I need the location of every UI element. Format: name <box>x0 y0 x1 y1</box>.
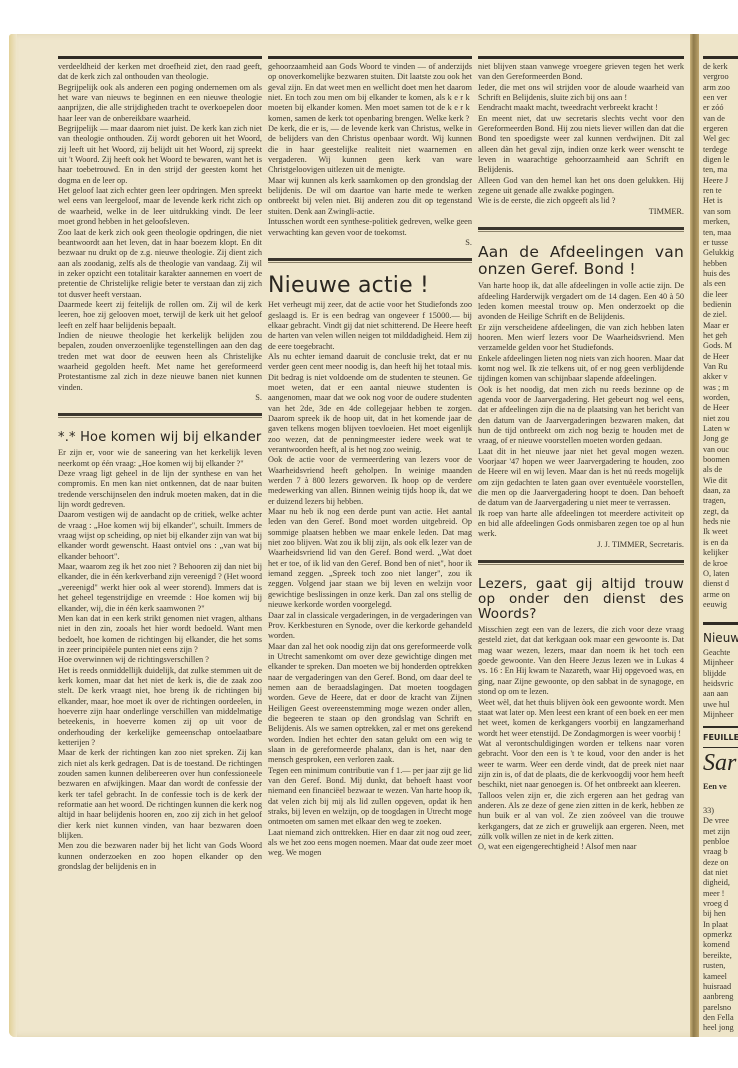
paragraph: Daarmede keert zij feitelijk de rollen o… <box>58 300 262 331</box>
paragraph: Indien de nieuwe theologie het kerkelijk… <box>58 331 262 393</box>
paragraph: Eendracht maakt macht, tweedracht verbre… <box>478 103 684 113</box>
fragment-line: de Heer <box>703 352 734 362</box>
fragment-line: ergeren <box>703 124 734 134</box>
fragment-line: penbloe <box>703 837 734 847</box>
paragraph: Wie is de eerste, die zich opgeeft als l… <box>478 196 684 206</box>
fragment-line: heidsvric <box>703 679 733 689</box>
paragraph: Begrijpelijk — maar daarom niet juist. D… <box>58 124 262 186</box>
fragment-line: Gods. M <box>703 341 734 351</box>
paragraph: Het geloof laat zich echter geen leer op… <box>58 186 262 227</box>
top-rule <box>58 56 262 59</box>
paragraph: Er zijn er, voor wie de saneering van he… <box>58 448 262 469</box>
fragment-line: met zijn <box>703 827 734 837</box>
paragraph: En meent niet, dat uw secretaris slechts… <box>478 114 684 176</box>
paragraph: De kerk, die er is, — de levende kerk va… <box>268 124 472 176</box>
fragment-line: rusten, <box>703 961 734 971</box>
fragment-line: dat niet <box>703 868 734 878</box>
article-body: Er zijn er, voor wie de saneering van he… <box>58 448 262 872</box>
fragment-line: tragen, <box>703 496 734 506</box>
fragment-line: ren te <box>703 186 734 196</box>
fragment-line: er tusse <box>703 238 734 248</box>
rule-thin <box>703 747 738 748</box>
fragment-line: van som <box>703 207 734 217</box>
emphasis-word: kerk <box>448 103 472 112</box>
signature: TIMMER. <box>478 207 684 217</box>
fragment-line: In plaat <box>703 920 734 930</box>
top-rule <box>268 56 472 59</box>
fragment-line: als een <box>703 279 734 289</box>
fragment-line: een ver <box>703 93 734 103</box>
fragment-line: zegt, da <box>703 507 734 517</box>
column-1-continued-text: verdeeldheid der kerken met droefheid zi… <box>58 62 262 403</box>
section-divider <box>478 227 684 232</box>
column-1: verdeeldheid der kerken met droefheid zi… <box>58 62 262 872</box>
fragment-line: ten, ma <box>703 165 734 175</box>
paragraph: Maar de kerk der richtingen kan zoo niet… <box>58 748 262 841</box>
fragment-line: komend <box>703 940 734 950</box>
column-3-continued-text: niet blijven staan vanwege vroegere grie… <box>478 62 684 217</box>
paragraph: Maar wij kunnen als kerk saamkomen op de… <box>268 176 472 217</box>
paragraph-text: komen, samen de kerk tot openbaring bren… <box>268 114 469 123</box>
fragment-line: De vree <box>703 816 734 826</box>
fragment-line: blijdde <box>703 669 733 679</box>
fragment-line: opmerkz <box>703 930 734 940</box>
fragment-line: Het is <box>703 196 734 206</box>
paragraph: Ook de actie voor de vermeerdering van l… <box>268 455 472 507</box>
section-divider <box>58 413 262 418</box>
paragraph: Tegen een minimum contributie van f 1.— … <box>268 766 472 828</box>
fragment-line: eeuwig <box>703 600 734 610</box>
fragment-line: kelijker <box>703 548 734 558</box>
fragment-line: arme on <box>703 590 734 600</box>
fragment-line: van de <box>703 114 734 124</box>
paragraph: Begrijpelijk ook als anderen een poging … <box>58 83 262 124</box>
fragment-line: aan aan <box>703 689 733 699</box>
feuilleton-label: FEUILLE <box>703 733 738 742</box>
fragment-line: de ziel. <box>703 310 734 320</box>
fragment-line: vraag b <box>703 847 734 857</box>
fragment-line: Wie dit <box>703 476 734 486</box>
fragment-line: digen le <box>703 155 734 165</box>
fragment-line: huisraad <box>703 982 734 992</box>
fragment-line: meer ! <box>703 889 734 899</box>
page-edge <box>9 34 17 1037</box>
fragment-line: terdege <box>703 145 734 155</box>
paragraph: Het verheugt mij zeer, dat de actie voor… <box>268 300 472 352</box>
section-divider <box>703 622 738 625</box>
fragment-line: dienst d <box>703 579 734 589</box>
paragraph: verdeeldheid der kerken met droefheid zi… <box>58 62 262 83</box>
article-title: Nieuwe actie ! <box>268 275 472 297</box>
paragraph: Er zijn verscheidene afdeelingen, die va… <box>478 323 684 354</box>
fragment-line: heds nie <box>703 517 734 527</box>
paragraph: Daarom vestigen wij de aandacht op de cr… <box>58 510 262 562</box>
column-2: gehoorzaamheid aan Gods Woord te vinden … <box>268 62 472 859</box>
fragment-line: kameel <box>703 972 734 982</box>
next-page-text-mid: GeachteMijnheerblijddeheidsvricaan aanuw… <box>703 648 733 720</box>
fragment-line: deze on <box>703 858 734 868</box>
fragment-line: boomen <box>703 455 734 465</box>
column-3: niet blijven staan vanwege vroegere grie… <box>478 62 684 853</box>
emphasis-word: kerk <box>448 93 472 102</box>
section-divider <box>703 726 738 728</box>
fragment-line: huis des <box>703 269 734 279</box>
paragraph: Men kan dat in een kerk strikt genomen n… <box>58 614 262 655</box>
paragraph: Weet wèl, dat het thuis blijven òok een … <box>478 698 684 739</box>
paragraph: niet blijven staan vanwege vroegere grie… <box>478 62 684 83</box>
book-gutter <box>690 34 699 1037</box>
fragment-line: bij hen <box>703 909 734 919</box>
paragraph: Alleen God van den hemel kan het ons doe… <box>478 176 684 197</box>
fragment-line: er zóó <box>703 103 734 113</box>
section-divider <box>268 258 472 263</box>
article-title: Aan de Afdeelingen van onzen Geref. Bond… <box>478 244 684 278</box>
fragment-line: Laten w <box>703 424 734 434</box>
paragraph: Laat dit in het nieuwe jaar niet het gev… <box>478 447 684 509</box>
fragment-line: de Heer <box>703 403 734 413</box>
fragment-line: de kroe <box>703 559 734 569</box>
paragraph: Zoo laat de kerk zich ook geen theologie… <box>58 228 262 300</box>
fragment-line: was ; m <box>703 383 734 393</box>
fragment-line: digheid, <box>703 878 734 888</box>
next-page-text-top: de kerkvergrooarm zooeen verer zóóvan de… <box>703 62 734 610</box>
paragraph: Maar, waarom zeg ik het zoo niet ? Behoo… <box>58 562 262 614</box>
fragment-line: aanbreng <box>703 992 734 1002</box>
fragment-line: daan, za <box>703 486 734 496</box>
paragraph: Misschien zegt een van de lezers, die zi… <box>478 625 684 697</box>
paragraph: O, wat een eigengerechtigheid ! Alsof me… <box>478 842 684 852</box>
fragment-line: Ik weet <box>703 527 734 537</box>
fragment-line: als de <box>703 465 734 475</box>
fragment-line: Van Ru <box>703 362 734 372</box>
fragment-line: die leer <box>703 290 734 300</box>
fragment-line: vergroo <box>703 72 734 82</box>
next-page-text-bottom: 33)De vreemet zijnpenbloevraag bdeze ond… <box>703 806 734 1034</box>
column-2-continued-text: gehoorzaamheid aan Gods Woord te vinden … <box>268 62 472 248</box>
fragment-line: Gelukkig <box>703 248 734 258</box>
top-rule <box>703 56 738 59</box>
paragraph: Enkele afdeelingen lieten nog niets van … <box>478 354 684 385</box>
fragment-line: akker v <box>703 372 734 382</box>
paragraph: Intusschen wordt een synthese-politiek g… <box>268 217 472 238</box>
paragraph: Talloos velen zijn er, die zich ergeren … <box>478 791 684 843</box>
paragraph: Deze vraag ligt geheel in de lijn der sy… <box>58 469 262 510</box>
paragraph: Maar dan zal het ook noodig zijn dat ons… <box>268 642 472 766</box>
paragraph: Ook is het noodig, dat men zich nu reeds… <box>478 385 684 447</box>
fragment-line: het geh <box>703 331 734 341</box>
paragraph: Maar nu heb ik nog een derde punt van ac… <box>268 507 472 610</box>
fragment-line: bereikte, <box>703 951 734 961</box>
fragment-line: is en da <box>703 538 734 548</box>
fragment-line: Geachte <box>703 648 733 658</box>
paragraph: Van harte hoop ik, dat alle afdeelingen … <box>478 281 684 322</box>
paragraph: Laat niemand zich onttrekken. Hier en da… <box>268 828 472 859</box>
top-rule <box>478 56 684 59</box>
fragment-line: 33) <box>703 806 734 816</box>
article-body: Het verheugt mij zeer, dat de actie voor… <box>268 300 472 859</box>
paragraph: Men zou die bezwaren nader bij het licht… <box>58 841 262 872</box>
paragraph: Het is reeds onmiddellijk duidelijk, dat… <box>58 666 262 749</box>
fragment-line: uwe hul <box>703 700 733 710</box>
fragment-line: Maar er <box>703 321 734 331</box>
paragraph: Als nu echter iemand daaruit de conclusi… <box>268 352 472 455</box>
next-page-fragment: de kerkvergrooarm zooeen verer zóóvan de… <box>699 34 738 1037</box>
fragment-line: van ouc <box>703 445 734 455</box>
fragment-line: bedienin <box>703 300 734 310</box>
serial-subtitle: Een ve <box>703 782 727 792</box>
paragraph: Hoe overwinnen wij de richtingsverschill… <box>58 655 262 665</box>
fragment-line: vroeg d <box>703 899 734 909</box>
paragraph-text: moeten bij elkander komen. Men moet same… <box>268 103 445 112</box>
next-page-heading: Nieuw <box>703 631 738 645</box>
fragment-line: Wel gec <box>703 134 734 144</box>
fragment-line: niet zou <box>703 414 734 424</box>
fragment-line: Heere J <box>703 176 734 186</box>
fragment-line: Mijnheer <box>703 710 733 720</box>
fragment-line: arm zoo <box>703 83 734 93</box>
fragment-line: heel jong <box>703 1023 734 1033</box>
fragment-line: hebben <box>703 259 734 269</box>
signature: S. <box>58 393 262 403</box>
fragment-line: worden, <box>703 393 734 403</box>
signature: S. <box>268 238 472 248</box>
fragment-line: Jong ge <box>703 434 734 444</box>
article-title: Lezers, gaat gij altijd trouw op onder d… <box>478 577 684 622</box>
fragment-line: den Fella <box>703 1013 734 1023</box>
article-body: Van harte hoop ik, dat alle afdeelingen … <box>478 281 684 550</box>
article-body: Misschien zegt een van de lezers, die zi… <box>478 625 684 853</box>
fragment-line: de kerk <box>703 62 734 72</box>
serial-title: Sar <box>703 750 736 777</box>
fragment-line: ten, maa <box>703 228 734 238</box>
section-divider <box>478 560 684 565</box>
paragraph-text: gehoorzaamheid aan Gods Woord te vinden … <box>268 62 472 102</box>
fragment-line: parelsno <box>703 1003 734 1013</box>
paragraph: Ieder, die met ons wil strijden voor de … <box>478 83 684 104</box>
signature: J. J. TIMMER, Secretaris. <box>478 540 684 550</box>
paragraph: Daar zal in classicale vergaderingen, in… <box>268 611 472 642</box>
paragraph: Wat al verontschuldigingen worden er tel… <box>478 739 684 791</box>
paragraph: Ik roep van harte alle afdeelingen tot m… <box>478 509 684 540</box>
fragment-line: O, laten <box>703 569 734 579</box>
fragment-line: Mijnheer <box>703 658 733 668</box>
article-title: *.* Hoe komen wij bij elkander <box>58 430 262 445</box>
fragment-line: merken, <box>703 217 734 227</box>
